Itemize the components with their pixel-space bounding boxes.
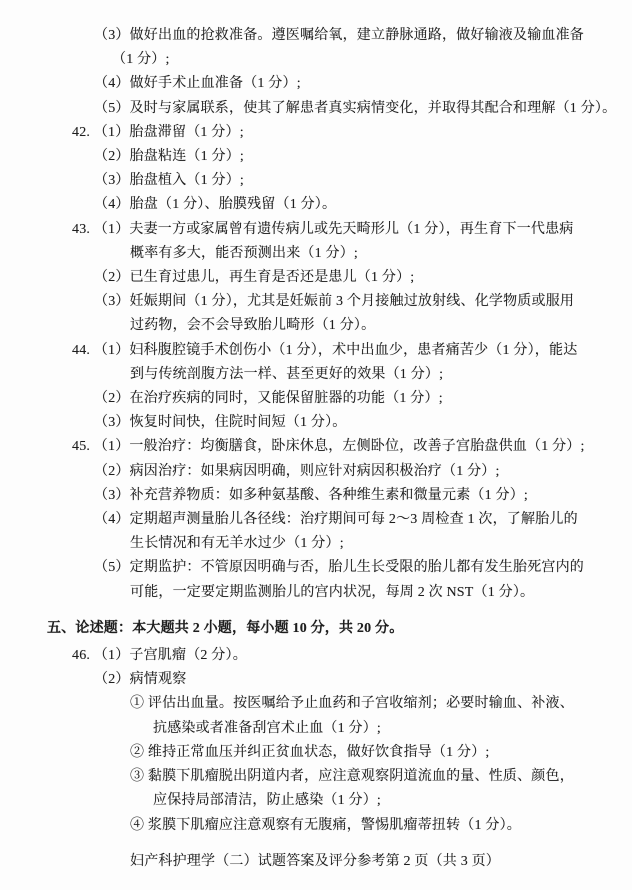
- answer-line: （3）做好出血的抢救准备。遵医嘱给氧，建立静脉通路，做好输液及输血准备: [94, 24, 632, 48]
- answer-line: （3）妊娠期间（1 分），尤其是妊娠前 3 个月接触过放射线、化学物质或服用: [94, 290, 632, 314]
- answer-line: 应保持局部清洁，防止感染（1 分）;: [153, 789, 632, 813]
- answer-line: （3）恢复时间快，住院时间短（1 分）。: [94, 411, 632, 435]
- answer-line: 44. （1）妇科腹腔镜手术创伤小（1 分），术中出血少，患者痛苦少（1 分），…: [72, 339, 632, 363]
- answer-lines: （3）做好出血的抢救准备。遵医嘱给氧，建立静脉通路，做好输液及输血准备（1 分）…: [0, 24, 632, 838]
- answer-line: ① 评估出血量。按医嘱给予止血药和子宫收缩剂；必要时输血、补液、: [130, 692, 632, 716]
- answer-line: 可能，一定要定期监测胎儿的宫内状况，每周 2 次 NST（1 分）。: [130, 581, 632, 605]
- answer-line: 45. （1）一般治疗：均衡膳食，卧床休息，左侧卧位，改善子宫胎盘供血（1 分）…: [72, 435, 632, 459]
- answer-line: （4）做好手术止血准备（1 分）;: [94, 72, 632, 96]
- answer-line: 五、论述题：本大题共 2 小题，每小题 10 分，共 20 分。: [47, 617, 632, 641]
- answer-line: （3）胎盘植入（1 分）;: [94, 169, 632, 193]
- answer-line: （5）定期监护：不管原因明确与否，胎儿生长受限的胎儿都有发生胎死宫内的: [94, 556, 632, 580]
- exam-answer-page: （3）做好出血的抢救准备。遵医嘱给氧，建立静脉通路，做好输液及输血准备（1 分）…: [0, 0, 632, 890]
- answer-line: ④ 浆膜下肌瘤应注意观察有无腹痛，警惕肌瘤蒂扭转（1 分）。: [130, 814, 632, 838]
- answer-line: 抗感染或者准备刮宫术止血（1 分）;: [153, 717, 632, 741]
- answer-line: 过药物，会不会导致胎儿畸形（1 分）。: [130, 314, 632, 338]
- page-footer: 妇产科护理学（二）试题答案及评分参考第 2 页（共 3 页）: [130, 850, 632, 874]
- answer-line: （2）在治疗疾病的同时，又能保留脏器的功能（1 分）;: [94, 387, 632, 411]
- answer-line: （1 分）;: [112, 48, 632, 72]
- answer-line: ③ 黏膜下肌瘤脱出阴道内者，应注意观察阴道流血的量、性质、颜色，: [130, 765, 632, 789]
- answer-line: 42. （1）胎盘滞留（1 分）;: [72, 121, 632, 145]
- answer-line: （2）病情观察: [94, 668, 632, 692]
- answer-line: 概率有多大，能否预测出来（1 分）;: [130, 242, 632, 266]
- answer-line: 46. （1）子宫肌瘤（2 分）。: [72, 644, 632, 668]
- answer-line: 生长情况和有无羊水过少（1 分）;: [130, 532, 632, 556]
- answer-line: （2）已生育过患儿，再生育是否还是患儿（1 分）;: [94, 266, 632, 290]
- answer-line: （4）胎盘（1 分）、胎膜残留（1 分）。: [94, 193, 632, 217]
- answer-line: （4）定期超声测量胎儿各径线：治疗期间可每 2～3 周检查 1 次，了解胎儿的: [94, 508, 632, 532]
- answer-line: 到与传统剖腹方法一样、甚至更好的效果（1 分）;: [130, 363, 632, 387]
- answer-line: （5）及时与家属联系，使其了解患者真实病情变化，并取得其配合和理解（1 分）。: [94, 97, 632, 121]
- answer-line: 43. （1）夫妻一方或家属曾有遗传病儿或先天畸形儿（1 分），再生育下一代患病: [72, 218, 632, 242]
- answer-line: （2）胎盘粘连（1 分）;: [94, 145, 632, 169]
- answer-line: ② 维持正常血压并纠正贫血状态，做好饮食指导（1 分）;: [130, 741, 632, 765]
- answer-line: （2）病因治疗：如果病因明确，则应针对病因积极治疗（1 分）;: [94, 460, 632, 484]
- answer-line: （3）补充营养物质：如多种氨基酸、各种维生素和微量元素（1 分）;: [94, 484, 632, 508]
